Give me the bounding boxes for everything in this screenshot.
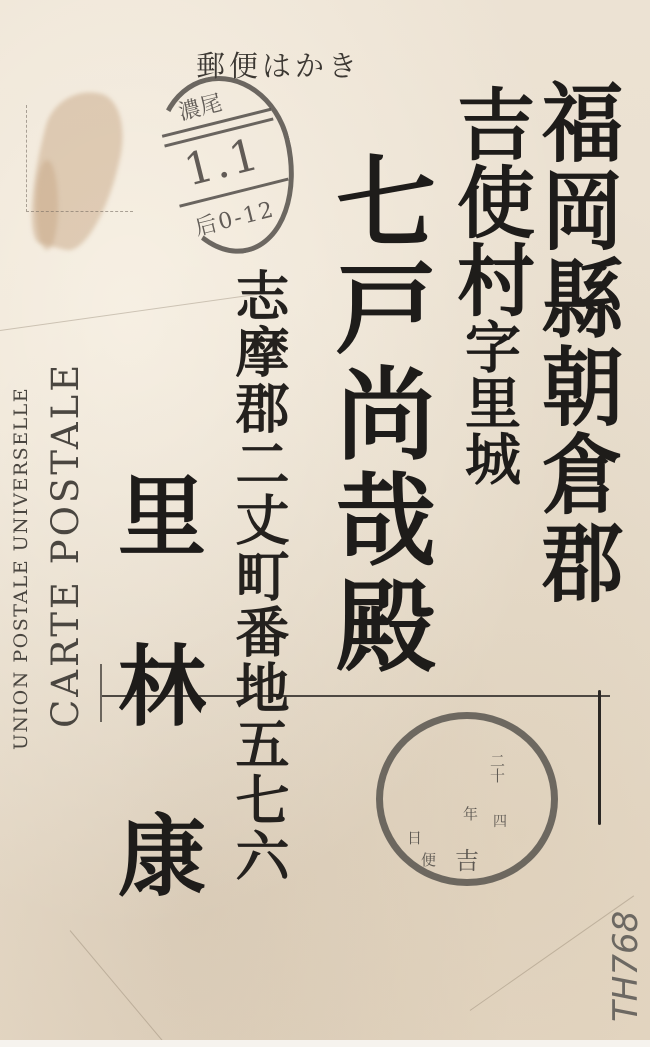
postmark-upper: 濃尾 1.1 后0-12 <box>140 61 314 268</box>
sender-name: 里林康 <box>112 470 200 980</box>
addressee-name: 七戸尚哉殿 <box>328 150 428 680</box>
scan-border <box>0 1040 650 1047</box>
postcard: 郵便はかき 濃尾 1.1 后0-12 UNION POSTALE UNIVERS… <box>0 0 650 1040</box>
divider-tick <box>100 664 102 722</box>
paper-crease <box>0 294 258 331</box>
postmark-lower-bottom-left-text: 便 <box>421 849 436 870</box>
address-prefecture-district: 福岡縣朝倉郡 <box>534 78 616 606</box>
postmark-lower-left-text: 日 <box>407 827 422 848</box>
sender-address: 志摩郡二丈町番地五七六 <box>232 268 286 884</box>
brush-stroke-tail <box>598 690 601 825</box>
postmark-lower-bottom-text: 吉 <box>455 841 479 876</box>
carte-postale-text: CARTE POSTALE <box>44 362 87 728</box>
postmark-lower-mark: 四 <box>493 811 507 831</box>
union-postale-text: UNION POSTALE UNIVERSELLE <box>10 387 32 750</box>
address-village-sub: 字里城 <box>456 318 522 486</box>
pencil-catalog-note: TH768 <box>606 911 646 1022</box>
address-village: 吉使村字里城 <box>450 84 528 486</box>
postmark-lower: 二十 年 四 日 便 吉 <box>376 712 558 886</box>
postmark-lower-mid-text: 年 <box>463 803 478 824</box>
address-village-name: 吉使村 <box>444 84 535 318</box>
stamp-placement-box <box>26 105 133 212</box>
postmark-lower-right-text: 二十 <box>487 753 508 783</box>
